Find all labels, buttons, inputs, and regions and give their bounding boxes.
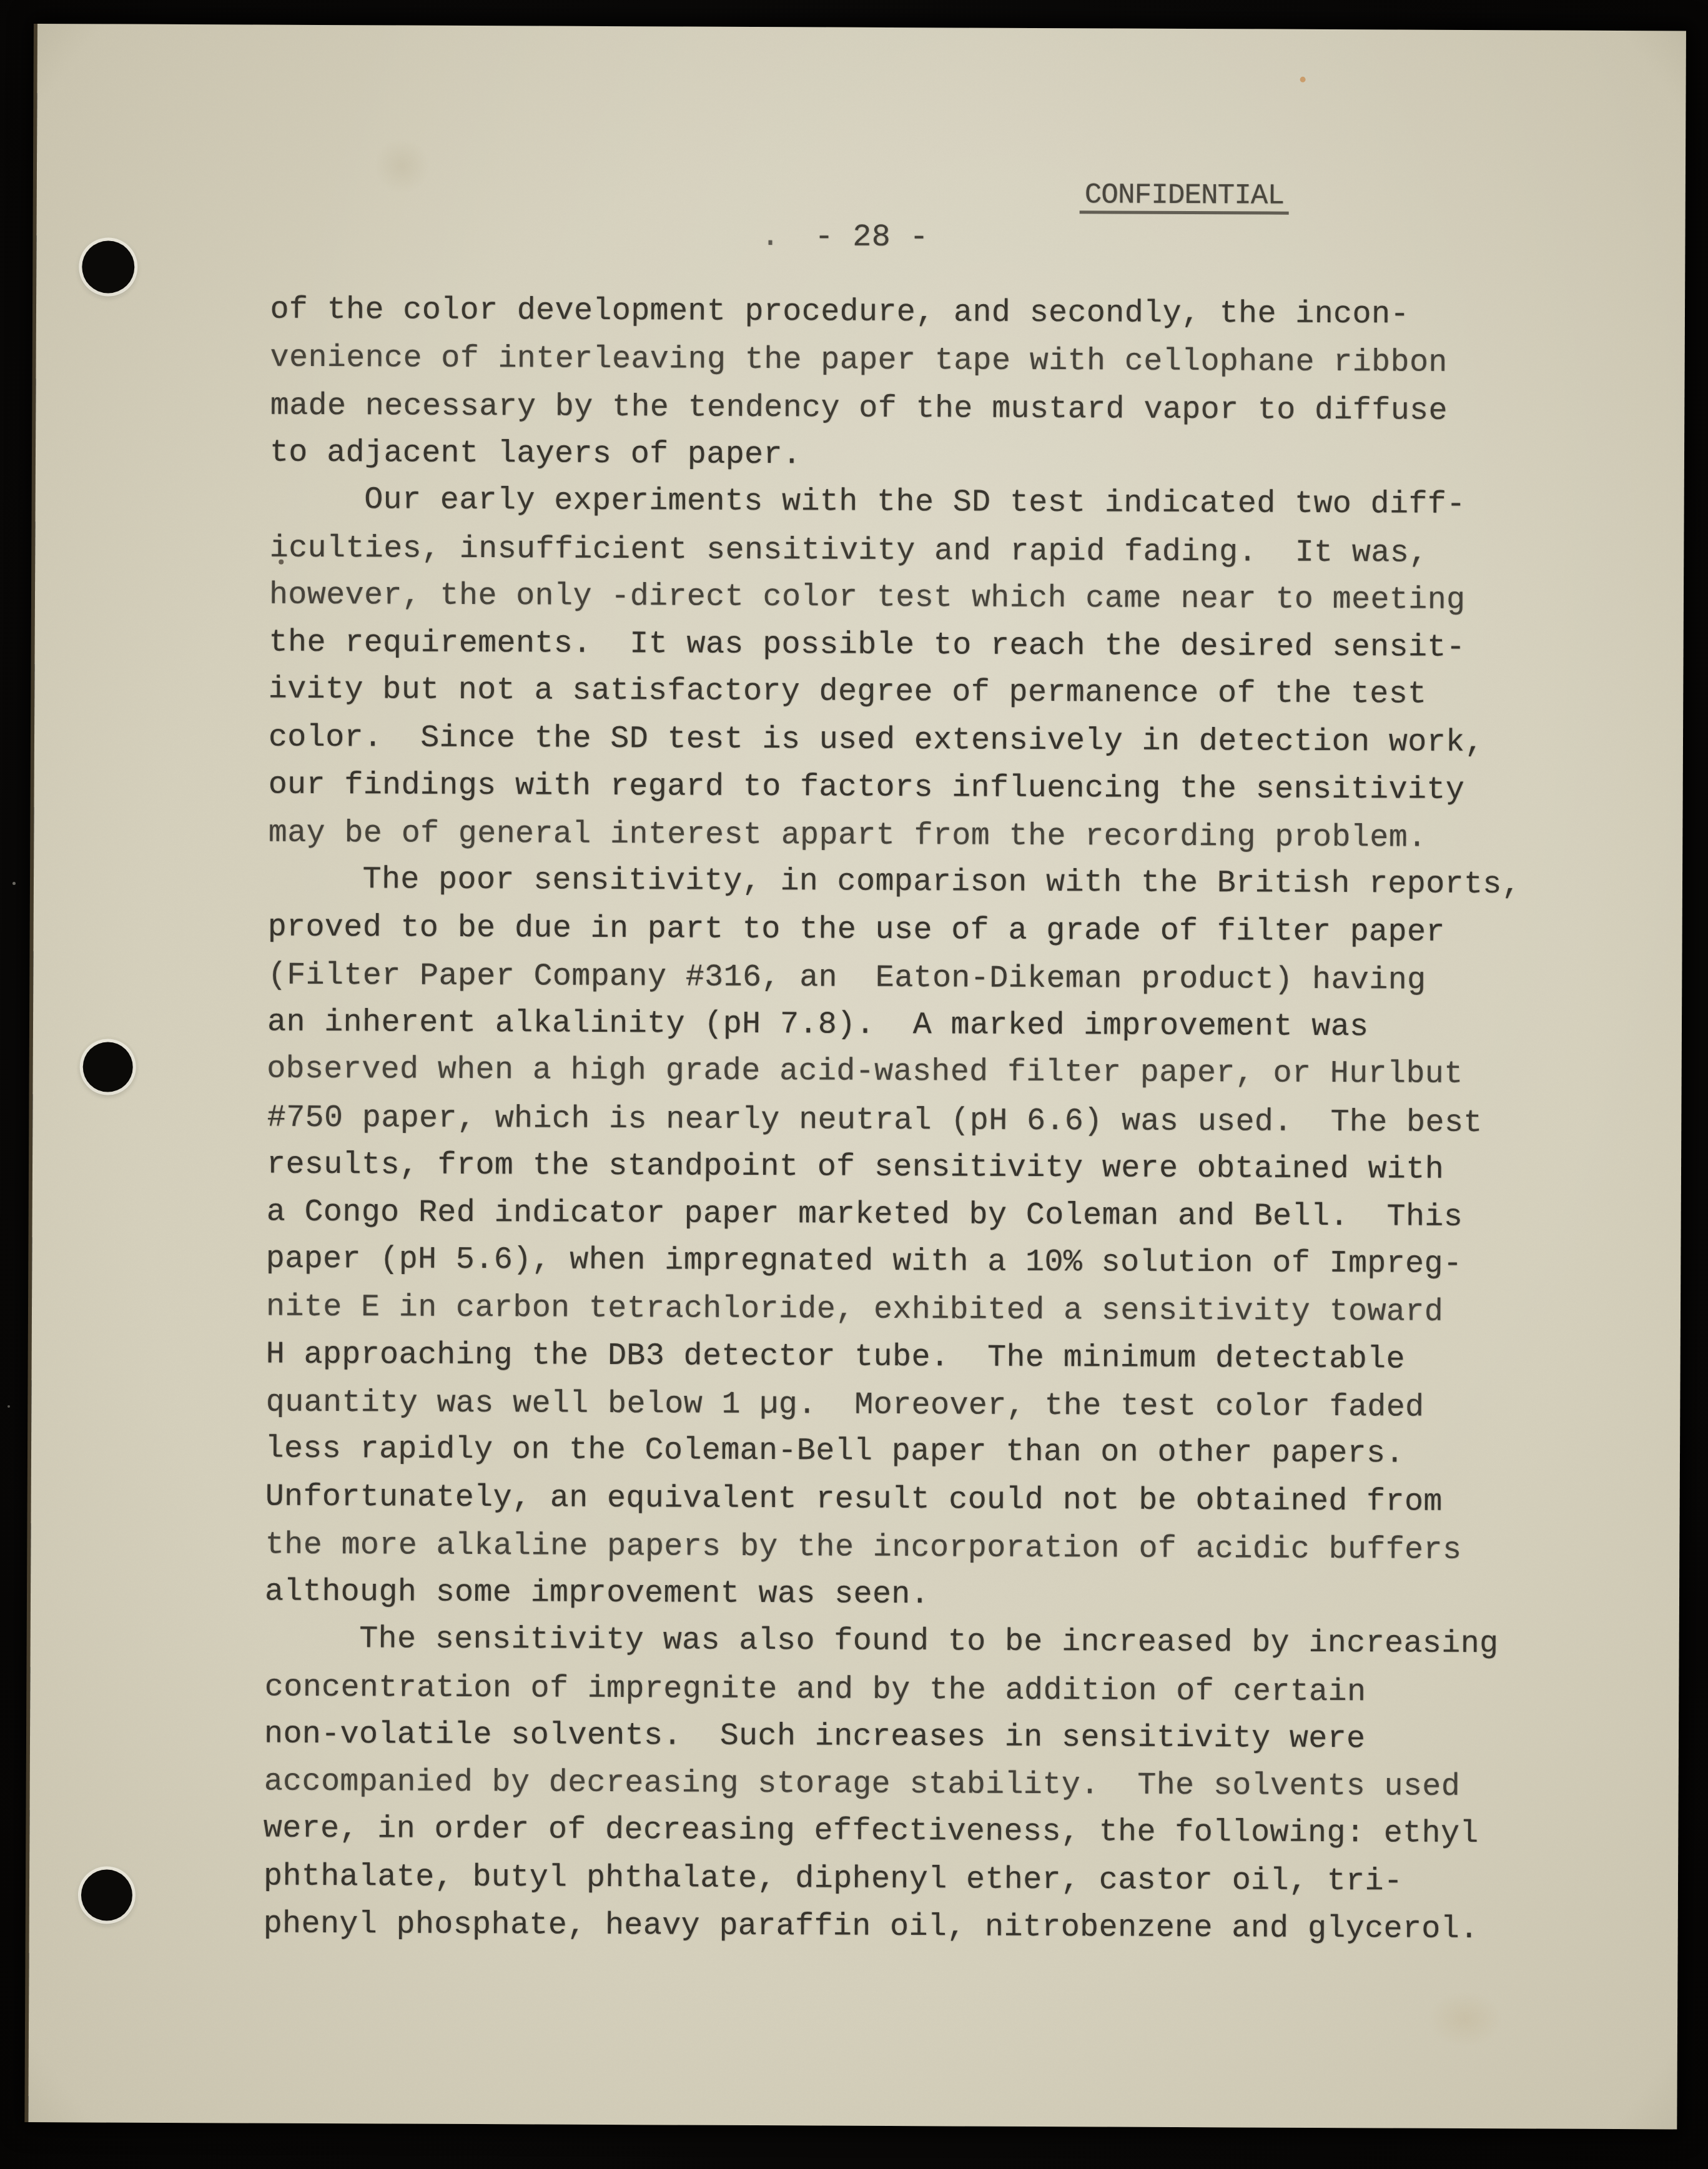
- text-line: the requirements. It was possible to rea…: [269, 620, 1523, 673]
- text-line: concentration of impregnite and by the a…: [265, 1664, 1518, 1717]
- punch-hole-middle: [83, 1042, 133, 1092]
- text-line: (Filter Paper Company #316, an Eaton-Dik…: [268, 952, 1521, 1005]
- text-line: color. Since the SD test is used extensi…: [269, 714, 1522, 768]
- text-line: our findings with regard to factors infl…: [269, 762, 1522, 815]
- text-line: proved to be due in part to the use of a…: [268, 904, 1521, 957]
- text-line: accompanied by decreasing storage stabil…: [264, 1759, 1518, 1812]
- text-line: Unfortunately, an equivalent result coul…: [265, 1474, 1519, 1527]
- dust-speck: [7, 1405, 10, 1408]
- text-line: venience of interleaving the paper tape …: [270, 335, 1524, 388]
- text-line: to adjacent layers of paper.: [270, 430, 1523, 483]
- text-line: although some improvement was seen.: [265, 1569, 1518, 1622]
- text-line: a Congo Red indicator paper marketed by …: [267, 1189, 1520, 1242]
- stray-dot-mark: .: [761, 222, 779, 253]
- paper-stain: [374, 137, 430, 194]
- text-line: results, from the standpoint of sensitiv…: [267, 1142, 1520, 1195]
- text-line: were, in order of decreasing effectivene…: [264, 1806, 1517, 1859]
- text-line: quantity was well below 1 µg. Moreover, …: [266, 1380, 1519, 1433]
- text-line: iculties, insufficient sensitivity and r…: [270, 525, 1523, 578]
- text-line: nite E in carbon tetrachloride, exhibite…: [266, 1284, 1519, 1337]
- text-line: observed when a high grade acid-washed f…: [267, 1046, 1520, 1099]
- text-line: of the color development procedure, and …: [270, 287, 1523, 340]
- document-page: CONFIDENTIAL . - 28 - of the color devel…: [28, 24, 1686, 2129]
- text-line: Our early experiments with the SD test i…: [269, 477, 1523, 530]
- text-line: H approaching the DB3 detector tube. The…: [266, 1332, 1519, 1385]
- text-line: may be of general interest appart from t…: [269, 810, 1522, 863]
- scan-background: { "scan": { "background_color": "#0a0908…: [0, 0, 1708, 2169]
- text-line: less rapidly on the Coleman-Bell paper t…: [265, 1426, 1518, 1479]
- body-text: of the color development procedure, and …: [264, 287, 1524, 1954]
- dust-speck: [12, 882, 16, 885]
- text-line: #750 paper, which is nearly neutral (pH …: [267, 1095, 1521, 1148]
- text-line: paper (pH 5.6), when impregnated with a …: [266, 1236, 1519, 1289]
- text-line: ivity but not a satisfactory degree of p…: [269, 666, 1522, 719]
- text-line: The sensitivity was also found to be inc…: [264, 1616, 1518, 1669]
- text-line: non-volatile solvents. Such increases in…: [264, 1711, 1518, 1764]
- paper-stain: [1428, 1991, 1503, 2048]
- text-line: the more alkaline papers by the incorpor…: [265, 1522, 1519, 1575]
- text-line: an inherent alkalinity (pH 7.8). A marke…: [267, 999, 1521, 1052]
- text-line: phthalate, butyl phthalate, diphenyl eth…: [264, 1854, 1517, 1907]
- punch-hole-bottom: [81, 1869, 132, 1920]
- text-line: The poor sensitivity, in comparison with…: [267, 856, 1521, 909]
- punch-hole-top: [82, 240, 134, 293]
- text-line: however, the only -direct color test whi…: [269, 572, 1523, 625]
- text-line: made necessary by the tendency of the mu…: [270, 383, 1524, 436]
- paper-speck: [1300, 77, 1306, 82]
- text-line: phenyl phosphate, heavy paraffin oil, ni…: [264, 1901, 1517, 1954]
- classification-stamp: CONFIDENTIAL: [1080, 180, 1289, 214]
- page-number: - 28 -: [814, 222, 929, 254]
